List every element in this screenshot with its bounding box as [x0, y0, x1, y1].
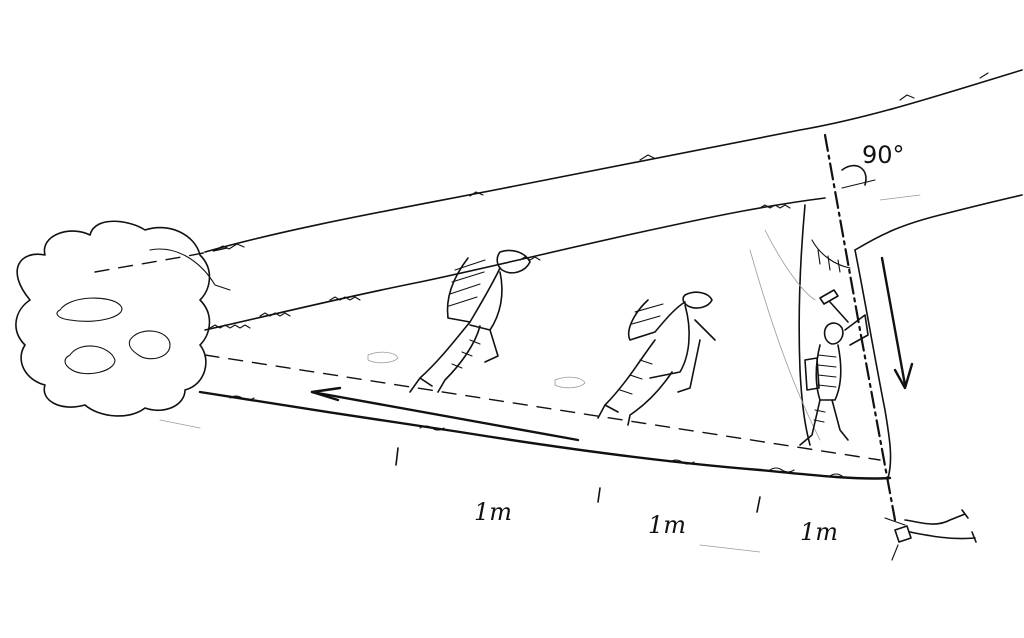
- distance-label-2: 1m: [648, 511, 686, 539]
- distance-ticks: [396, 448, 760, 512]
- cloud: [16, 221, 230, 416]
- trench-centerline: [95, 246, 880, 460]
- distance-label-1: 1m: [474, 498, 512, 526]
- sketch-canvas: 90° 1m 1m 1m: [0, 0, 1024, 638]
- fall-line: [825, 135, 895, 520]
- figure-1-runner: [368, 250, 530, 392]
- distance-label-3: 1m: [800, 518, 838, 546]
- trench-back-edge: [205, 198, 825, 330]
- trench-end-wall: [750, 205, 891, 478]
- arrow-down-icon: [882, 258, 912, 388]
- arrow-left-icon: [312, 388, 578, 440]
- right-wall-edge: [855, 195, 1022, 250]
- angle-label: 90°: [862, 141, 905, 169]
- figure-4-lying: [885, 510, 976, 560]
- figure-2-runner: [555, 292, 715, 425]
